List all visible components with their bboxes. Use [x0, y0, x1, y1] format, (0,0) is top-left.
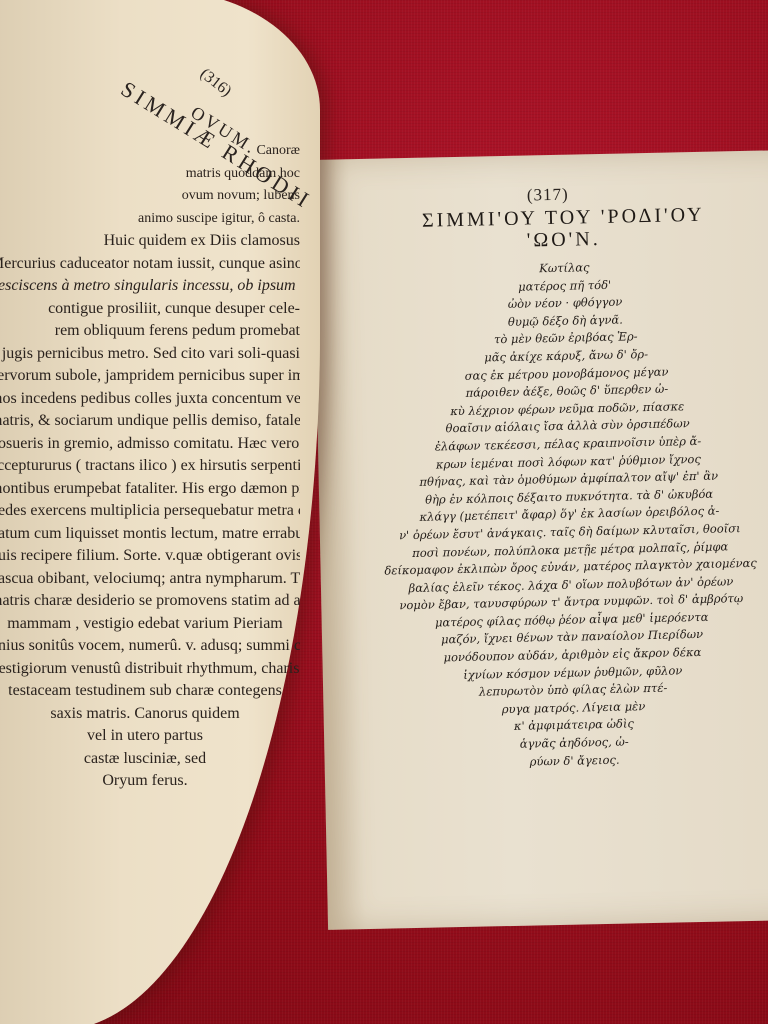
latin-line: pedes exercens multiplicia persequebatur…	[0, 500, 300, 523]
latin-line: vel in utero partus	[0, 725, 300, 748]
latin-line: pascua obibant, velociumq; antra nymphar…	[0, 568, 300, 591]
latin-line: mos incedens pedibus colles juxta concen…	[0, 388, 300, 411]
latin-line: montibus erumpebat fataliter. His ergo d…	[0, 478, 300, 501]
latin-line: contigue prosiliit, cunque desuper cele-	[0, 298, 300, 321]
right-page-title: ΣΙΜΜΙ'ΟΥ ΤΟΥ 'ΡΟΔΙ'ΟΥ 'ΩΟ'Ν.	[413, 204, 714, 254]
latin-line: acceptururus ( tractans ilico ) ex hirsu…	[0, 455, 300, 478]
latin-line: posueris in gremio, admisso comitatu. Hæ…	[0, 433, 300, 456]
latin-line: matris, & sociarum undique pellis demiso…	[0, 410, 300, 433]
latin-line: natum cum liquisset montis lectum, matre…	[0, 523, 300, 546]
latin-line: jugis pernicibus metro. Sed cito vari so…	[0, 343, 300, 366]
latin-line: quis recipere filium. Sorte. v.quæ obtig…	[0, 545, 300, 568]
latin-line: Oryum ferus.	[0, 770, 300, 793]
right-page: (317) ΣΙΜΜΙ'ΟΥ ΤΟΥ 'ΡΟΔΙ'ΟΥ 'ΩΟ'Ν. Κωτίλ…	[312, 150, 768, 930]
latin-line: animo suscipe igitur, ô casta.	[0, 208, 300, 231]
latin-line: Mercurius caduceator notam iussit, cunqu…	[0, 253, 300, 276]
latin-line: Huic quidem ex Diis clamosus	[0, 230, 300, 253]
latin-line: ovum novum; lubens	[0, 185, 300, 208]
latin-line: unius sonitûs vocem, numerû. v. adusq; s…	[0, 635, 300, 658]
latin-line: testaceam testudinem sub charæ contegens	[0, 680, 300, 703]
latin-line: desciscens à metro singularis incessu, o…	[0, 275, 300, 298]
latin-translation: Canoræ matris quoddam hoc ovum novum; lu…	[0, 140, 300, 793]
latin-line: Canoræ	[0, 140, 300, 163]
latin-line: matris quoddam hoc	[0, 163, 300, 186]
left-page-number: (316)	[196, 65, 234, 101]
latin-line: rem obliquum ferens pedum promebat	[0, 320, 300, 343]
latin-line: saxis matris. Canorus quidem	[0, 703, 300, 726]
greek-egg-poem: Κωτίλας ματέρος πῆ τόδ' ὠὸν νέον · φθόγγ…	[374, 256, 765, 774]
latin-line: matris charæ desiderio se promovens stat…	[0, 590, 300, 613]
latin-line: cervorum subole, jampridem pernicibus su…	[0, 365, 300, 388]
latin-line: vestigiorum venustû distribuit rhythmum,…	[0, 658, 300, 681]
latin-line: castæ lusciniæ, sed	[0, 748, 300, 771]
latin-line: mammam , vestigio edebat varium Pieriam	[0, 613, 300, 636]
